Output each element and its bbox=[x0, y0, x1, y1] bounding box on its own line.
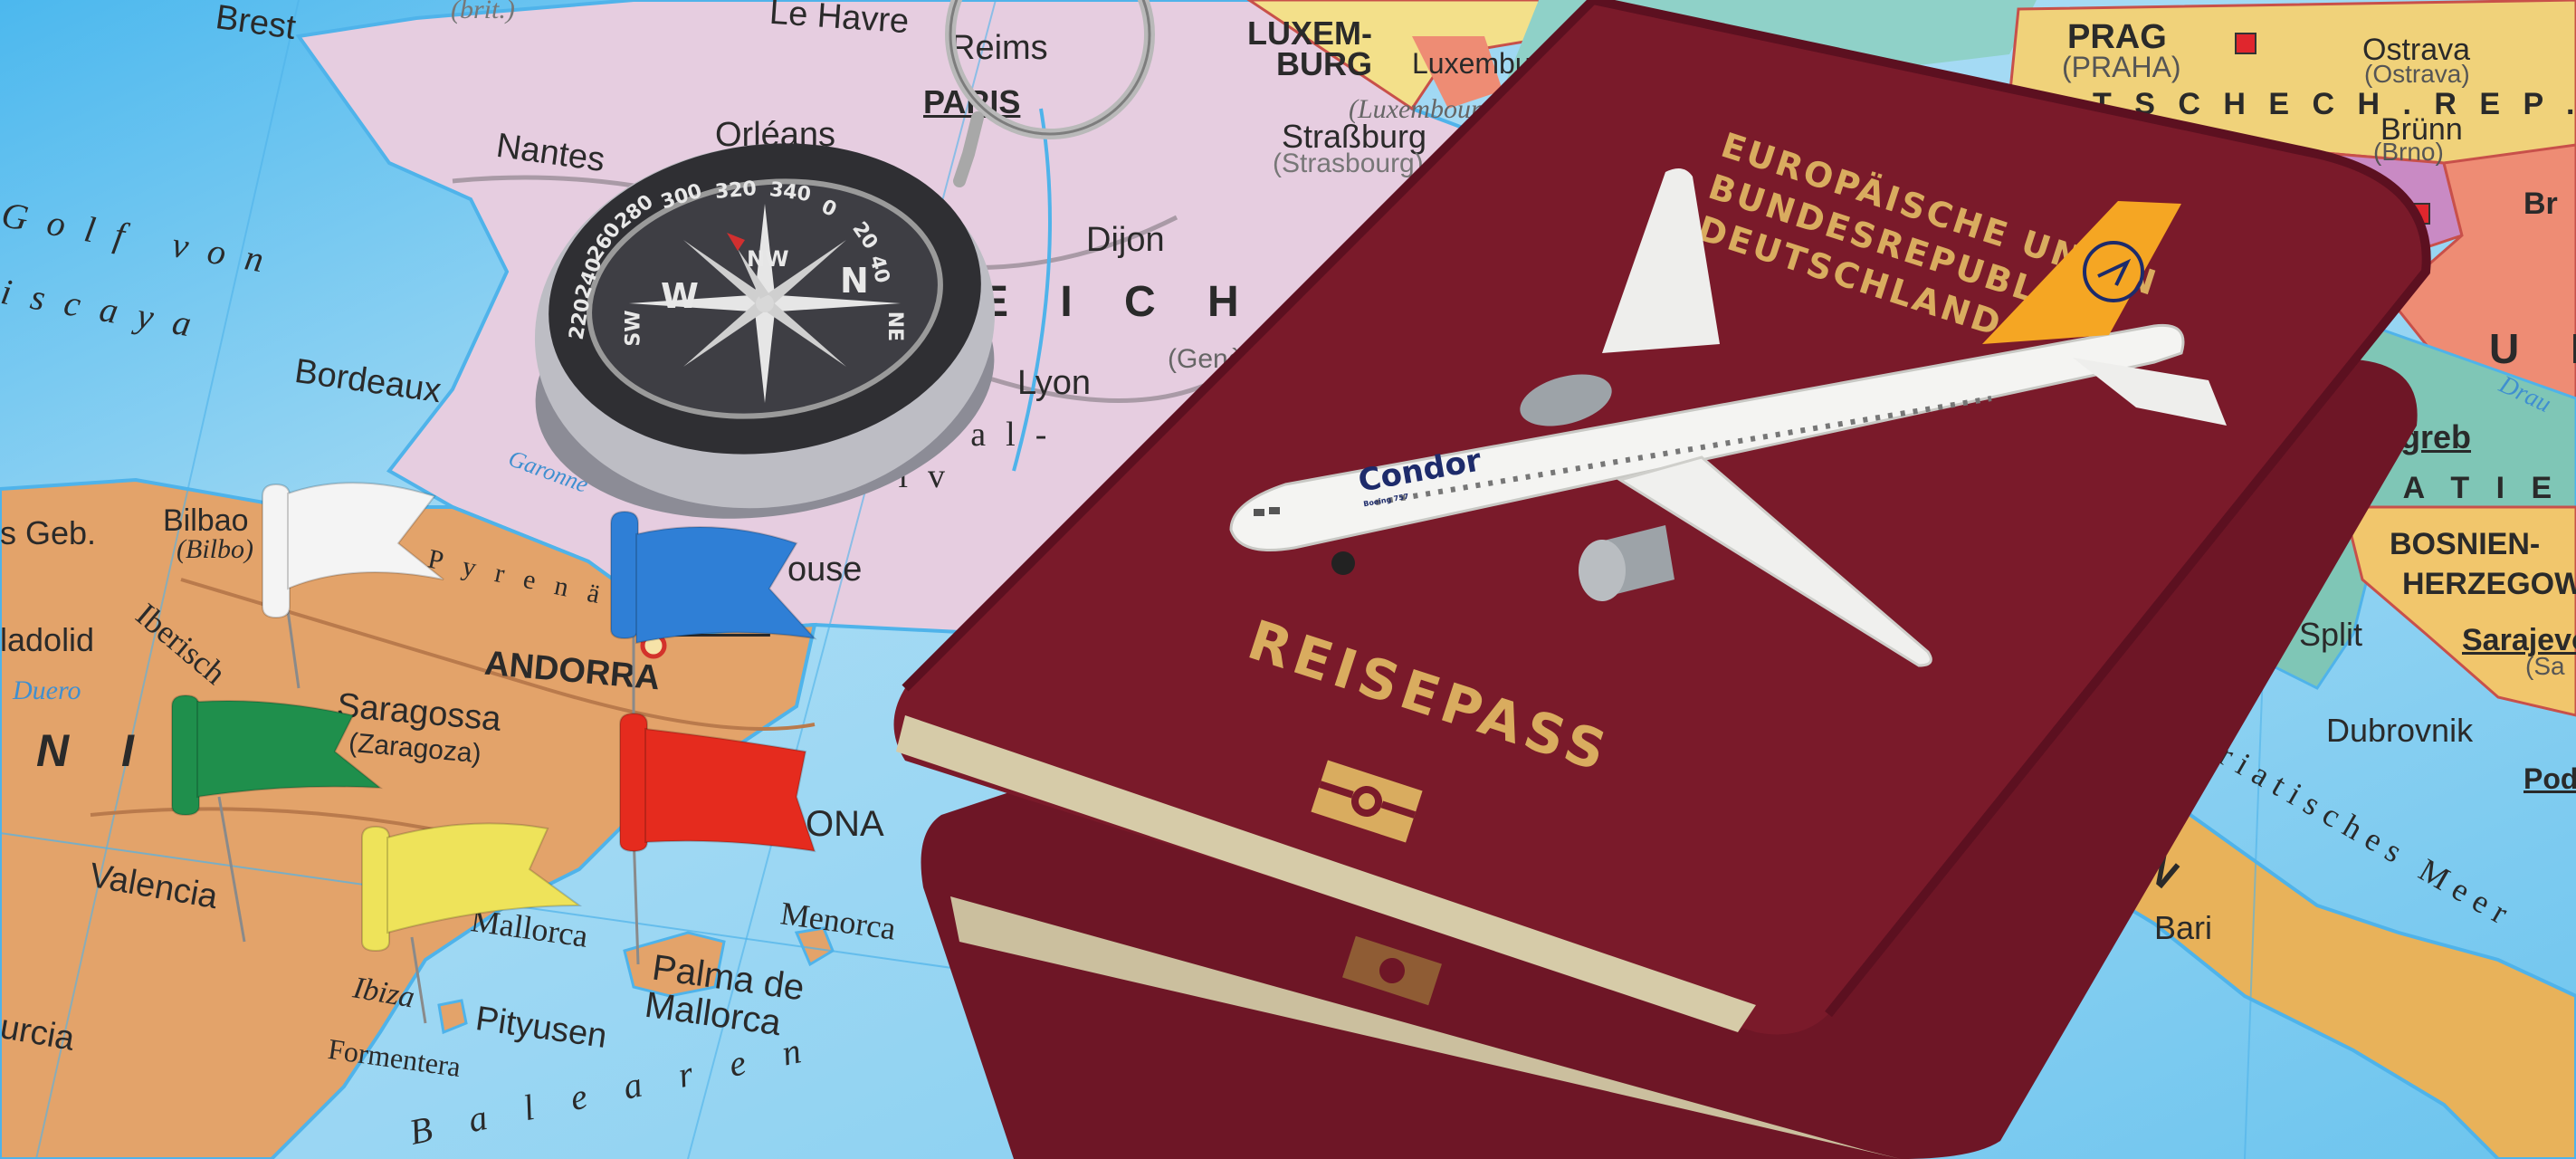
flag-blue bbox=[611, 512, 815, 643]
flag-yellow bbox=[362, 823, 579, 951]
flags-group bbox=[0, 0, 2576, 1159]
photo-scene: Brest (brit.) Golf von iscaya Nantes Bor… bbox=[0, 0, 2576, 1159]
flag-red bbox=[620, 714, 815, 851]
flag-white bbox=[262, 483, 444, 618]
flag-green bbox=[172, 695, 380, 815]
